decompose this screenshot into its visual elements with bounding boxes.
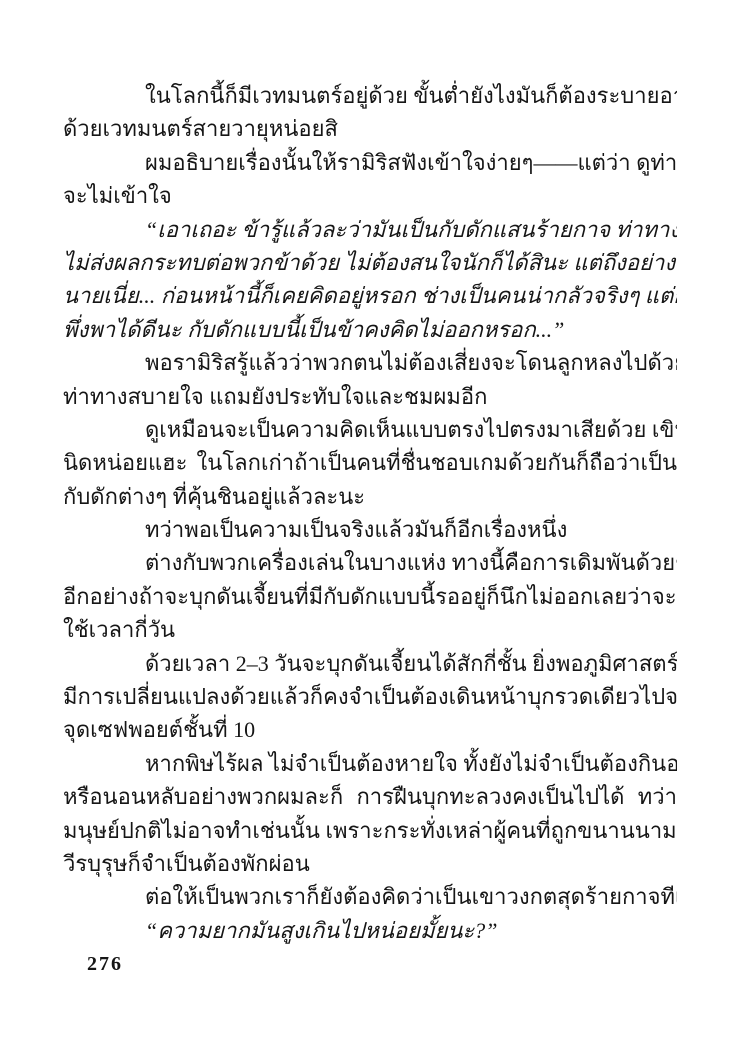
- page-number: 276: [87, 953, 123, 976]
- text-line: มีการเปลี่ยนแปลงด้วยแล้วก็คงจำเป็นต้องเด…: [63, 680, 677, 713]
- text-line: วีรบุรุษก็จำเป็นต้องพักผ่อน: [63, 847, 677, 880]
- text-line: ต่างกับพวกเครื่องเล่นในบางแห่ง ทางนี้คือ…: [63, 546, 677, 579]
- text-line: กับดักต่างๆ ที่คุ้นชินอยู่แล้วละนะ: [63, 480, 677, 513]
- text-line: ใช้เวลากี่วัน: [63, 613, 677, 646]
- text-line: ด้วยเวลา 2–3 วันจะบุกดันเจี้ยนได้สักกี่ช…: [63, 647, 677, 680]
- text-line: นิดหน่อยแฮะ ในโลกเก่าถ้าเป็นคนที่ชื่นชอบ…: [63, 446, 677, 479]
- text-line: “เอาเถอะ ข้ารู้แล้วละว่ามันเป็นกับดักแสน…: [63, 213, 677, 246]
- text-line: พอรามิริสรู้แล้วว่าพวกตนไม่ต้องเสี่ยงจะโ…: [63, 346, 677, 379]
- text-line: ดูเหมือนจะเป็นความคิดเห็นแบบตรงไปตรงมาเส…: [63, 413, 677, 446]
- text-line: อีกอย่างถ้าจะบุกดันเจี้ยนที่มีกับดักแบบน…: [63, 580, 677, 613]
- text-line: มนุษย์ปกติไม่อาจทำเช่นนั้น เพราะกระทั่งเ…: [63, 814, 677, 847]
- text-line: ท่าทางสบายใจ แถมยังประทับใจและชมผมอีก: [63, 380, 677, 413]
- text-line: ผมอธิบายเรื่องนั้นให้รามิริสฟังเข้าใจง่า…: [63, 146, 677, 179]
- text-block: ในโลกนี้ก็มีเวทมนตร์อยู่ด้วย ขั้นต่ำยังไ…: [63, 79, 677, 947]
- text-line: พึ่งพาได้ดีนะ กับดักแบบนี้เป็นข้าคงคิดไม…: [63, 313, 677, 346]
- text-line: หากพิษไร้ผล ไม่จำเป็นต้องหายใจ ทั้งยังไม…: [63, 747, 677, 780]
- text-line: นายเนี่ย... ก่อนหน้านี้ก็เคยคิดอยู่หรอก …: [63, 279, 677, 312]
- text-line: ต่อให้เป็นพวกเราก็ยังต้องคิดว่าเป็นเขาวง…: [63, 880, 677, 913]
- text-line: หรือนอนหลับอย่างพวกผมละก็ การฝืนบุกทะลวง…: [63, 780, 677, 813]
- text-line: “ความยากมันสูงเกินไปหน่อยมั้ยนะ?”: [63, 914, 677, 947]
- text-line: ทว่าพอเป็นความเป็นจริงแล้วมันก็อีกเรื่อง…: [63, 513, 677, 546]
- text-line: ด้วยเวทมนตร์สายวายุหน่อยสิ: [63, 112, 677, 145]
- text-line: จุดเซฟพอยต์ชั้นที่ 10: [63, 713, 677, 746]
- text-line: ในโลกนี้ก็มีเวทมนตร์อยู่ด้วย ขั้นต่ำยังไ…: [63, 79, 677, 112]
- text-line: จะไม่เข้าใจ: [63, 179, 677, 212]
- text-line: ไม่ส่งผลกระทบต่อพวกข้าด้วย ไม่ต้องสนใจนั…: [63, 246, 677, 279]
- book-page: ในโลกนี้ก็มีเวทมนตร์อยู่ด้วย ขั้นต่ำยังไ…: [0, 0, 738, 1051]
